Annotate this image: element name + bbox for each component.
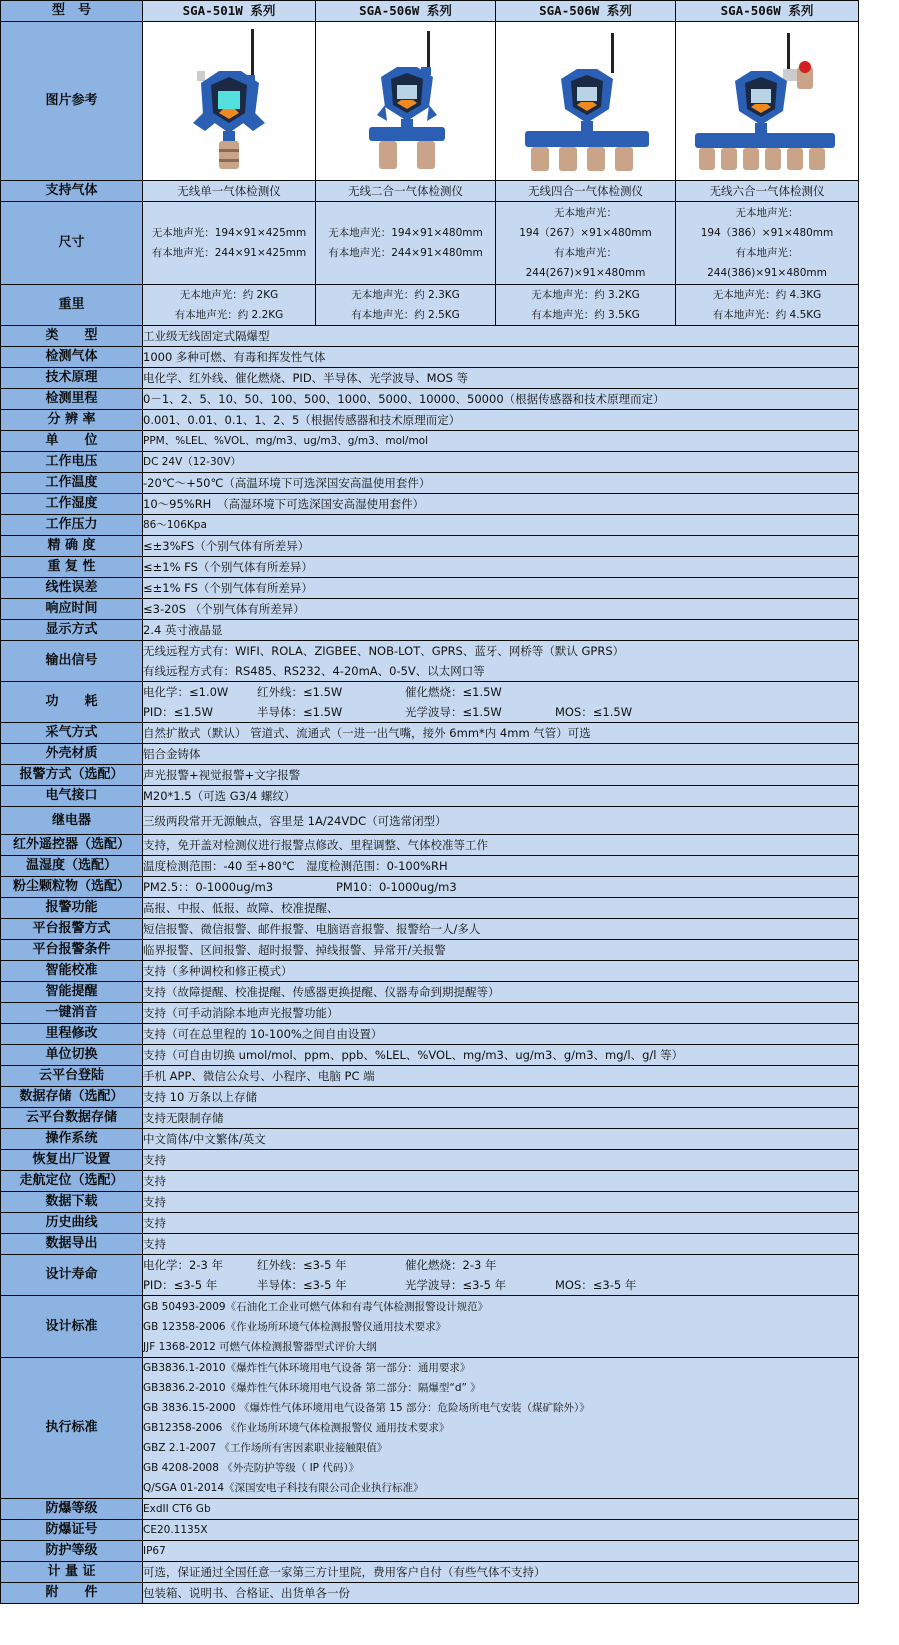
spec-value: 支持 (143, 1234, 859, 1255)
spec-value: ≤±1% FS（个别气体有所差异） (143, 557, 859, 578)
spec-value: 高报、中报、低报、故障、校准提醒、 (143, 898, 859, 919)
design-standard-value: GB 50493-2009《石油化工企业可燃气体和有毒气体检测报警设计规范》 G… (143, 1296, 859, 1358)
spec-row: 电气接口M20*1.5（可选 G3/4 螺纹） (1, 786, 859, 807)
spec-row: 检测里程0－1、2、5、10、50、100、500、1000、5000、1000… (1, 389, 859, 410)
dust-row: 粉尘颗粒物（选配） PM2.5：：0-1000ug/m3PM10：0-1000u… (1, 877, 859, 898)
spec-value: CE20.1135X (143, 1520, 859, 1541)
spec-row: 类 型工业级无线固定式隔爆型 (1, 326, 859, 347)
spec-label: 显示方式 (1, 620, 143, 641)
product-image-1 (143, 22, 316, 181)
model-2: SGA-506W 系列 (316, 1, 496, 22)
spec-label: 走航定位（选配） (1, 1171, 143, 1192)
spec-row: 数据下载支持 (1, 1192, 859, 1213)
spec-row: 外壳材质铝合金铸体 (1, 744, 859, 765)
size-value-2: 无本地声光：194×91×480mm 有本地声光：244×91×480mm (316, 202, 496, 285)
spec-value: 包装箱、说明书、合格证、出货单各一份 (143, 1583, 859, 1604)
spec-value: 支持 (143, 1150, 859, 1171)
spec-label: 外壳材质 (1, 744, 143, 765)
spec-value: ≤3-20S （个别气体有所差异） (143, 599, 859, 620)
spec-value: PPM、%LEL、%VOL、mg/m3、ug/m3、g/m3、mol/mol (143, 431, 859, 452)
weight-row: 重里 无本地声光：约 2KG 有本地声光：约 2.2KG 无本地声光：约 2.3… (1, 285, 859, 326)
spec-label: 操作系统 (1, 1129, 143, 1150)
spec-label: 数据导出 (1, 1234, 143, 1255)
spec-label: 检测里程 (1, 389, 143, 410)
spec-row: 重 复 性≤±1% FS（个别气体有所差异） (1, 557, 859, 578)
spec-label: 温湿度（选配） (1, 856, 143, 877)
spec-row: 红外遥控器（选配）支持，免开盖对检测仪进行报警点修改、里程调整、气体校准等工作 (1, 835, 859, 856)
spec-value: 支持 10 万条以上存储 (143, 1087, 859, 1108)
spec-value: 0－1、2、5、10、50、100、500、1000、5000、10000、50… (143, 389, 859, 410)
spec-value: DC 24V（12-30V） (143, 452, 859, 473)
spec-label: 类 型 (1, 326, 143, 347)
spec-row: 报警功能高报、中报、低报、故障、校准提醒、 (1, 898, 859, 919)
product-image-3 (496, 22, 676, 181)
lifetime-label: 设计寿命 (1, 1255, 143, 1296)
design-standard-label: 设计标准 (1, 1296, 143, 1358)
spec-value: 短信报警、微信报警、邮件报警、电脑语音报警、报警给一人/多人 (143, 919, 859, 940)
spec-label: 平台报警方式 (1, 919, 143, 940)
spec-row: 操作系统中文简体/中文繁体/英文 (1, 1129, 859, 1150)
dust-value: PM2.5：：0-1000ug/m3PM10：0-1000ug/m3 (143, 877, 859, 898)
gas-value-1: 无线单一气体检测仪 (143, 181, 316, 202)
spec-row: 检测气体1000 多种可燃、有毒和挥发性气体 (1, 347, 859, 368)
exec-standard-label: 执行标准 (1, 1358, 143, 1499)
spec-label: 智能提醒 (1, 982, 143, 1003)
gas-detector-4-sensor-icon (511, 23, 661, 173)
spec-value: 手机 APP、微信公众号、小程序、电脑 PC 端 (143, 1066, 859, 1087)
spec-value: 声光报警+视觉报警+文字报警 (143, 765, 859, 786)
spec-label: 数据下载 (1, 1192, 143, 1213)
spec-value: 支持 (143, 1192, 859, 1213)
header-row: 型 号 SGA-501W 系列 SGA-506W 系列 SGA-506W 系列 … (1, 1, 859, 22)
gas-value-2: 无线二合一气体检测仪 (316, 181, 496, 202)
spec-row: 工作压力86～106Kpa (1, 515, 859, 536)
size-value-4: 无本地声光： 194（386）×91×480mm 有本地声光： 244(386)… (676, 202, 859, 285)
spec-row: 数据导出支持 (1, 1234, 859, 1255)
weight-value-2: 无本地声光：约 2.3KG 有本地声光：约 2.5KG (316, 285, 496, 326)
spec-label: 里程修改 (1, 1024, 143, 1045)
gas-detector-single-icon (169, 23, 289, 173)
spec-label: 检测气体 (1, 347, 143, 368)
gas-detector-2-sensor-icon (341, 23, 471, 173)
spec-value: 支持 (143, 1171, 859, 1192)
spec-value: 温度检测范围：-40 至+80℃ 湿度检测范围：0-100%RH (143, 856, 859, 877)
spec-value: 86～106Kpa (143, 515, 859, 536)
spec-row: 工作湿度10～95%RH （高湿环境下可选深国安高湿使用套件） (1, 494, 859, 515)
gas-value-4: 无线六合一气体检测仪 (676, 181, 859, 202)
product-image-2 (316, 22, 496, 181)
output-signal-label: 输出信号 (1, 641, 143, 682)
spec-label: 历史曲线 (1, 1213, 143, 1234)
image-label: 图片参考 (1, 22, 143, 181)
spec-row: 线性误差≤±1% FS（个别气体有所差异） (1, 578, 859, 599)
exec-standard-row: 执行标准 GB3836.1-2010《爆炸性气体环境用电气设备 第一部分：通用要… (1, 1358, 859, 1499)
spec-value: 中文简体/中文繁体/英文 (143, 1129, 859, 1150)
size-row: 尺寸 无本地声光：194×91×425mm 有本地声光：244×91×425mm… (1, 202, 859, 285)
exec-standard-value: GB3836.1-2010《爆炸性气体环境用电气设备 第一部分：通用要求》 GB… (143, 1358, 859, 1499)
spec-row: 显示方式2.4 英寸液晶显 (1, 620, 859, 641)
spec-label: 精 确 度 (1, 536, 143, 557)
weight-label: 重里 (1, 285, 143, 326)
spec-row: 智能校准支持（多种调校和修正模式） (1, 961, 859, 982)
spec-label: 防爆证号 (1, 1520, 143, 1541)
spec-row: 防护等级IP67 (1, 1541, 859, 1562)
size-value-1: 无本地声光：194×91×425mm 有本地声光：244×91×425mm (143, 202, 316, 285)
spec-value: ≤±1% FS（个别气体有所差异） (143, 578, 859, 599)
spec-row: 云平台数据存储支持无限制存储 (1, 1108, 859, 1129)
spec-value: ≤±3%FS（个别气体有所差异） (143, 536, 859, 557)
spec-label: 分 辨 率 (1, 410, 143, 431)
spec-value: ExdII CT6 Gb (143, 1499, 859, 1520)
spec-value: 10～95%RH （高湿环境下可选深国安高湿使用套件） (143, 494, 859, 515)
output-signal-value: 无线远程方式有：WIFI、ROLA、ZIGBEE、NOB-LOT、GPRS、蓝牙… (143, 641, 859, 682)
spec-label: 一键消音 (1, 1003, 143, 1024)
spec-label: 云平台数据存储 (1, 1108, 143, 1129)
lifetime-row: 设计寿命 电化学：2-3 年红外线：≤3-5 年催化燃烧：2-3 年 PID：≤… (1, 1255, 859, 1296)
spec-label: 工作湿度 (1, 494, 143, 515)
spec-label: 数据存储（选配） (1, 1087, 143, 1108)
spec-row: 工作电压DC 24V（12-30V） (1, 452, 859, 473)
spec-row: 走航定位（选配）支持 (1, 1171, 859, 1192)
product-image-4 (676, 22, 859, 181)
spec-value: -20℃～+50℃（高温环境下可选深国安高温使用套件） (143, 473, 859, 494)
spec-row: 云平台登陆手机 APP、微信公众号、小程序、电脑 PC 端 (1, 1066, 859, 1087)
power-row: 功 耗 电化学：≤1.0W红外线：≤1.5W催化燃烧：≤1.5W PID：≤1.… (1, 682, 859, 723)
spec-row: 采气方式自然扩散式（默认） 管道式、流通式（一进一出气嘴，接外 6mm*内 4m… (1, 723, 859, 744)
spec-row: 分 辨 率0.001、0.01、0.1、1、2、5（根据传感器和技术原理而定） (1, 410, 859, 431)
spec-row: 精 确 度≤±3%FS（个别气体有所差异） (1, 536, 859, 557)
spec-row: 历史曲线支持 (1, 1213, 859, 1234)
size-value-3: 无本地声光： 194（267）×91×480mm 有本地声光： 244(267)… (496, 202, 676, 285)
model-4: SGA-506W 系列 (676, 1, 859, 22)
spec-label: 重 复 性 (1, 557, 143, 578)
spec-row: 数据存储（选配）支持 10 万条以上存储 (1, 1087, 859, 1108)
spec-label: 红外遥控器（选配） (1, 835, 143, 856)
dust-label: 粉尘颗粒物（选配） (1, 877, 143, 898)
model-1: SGA-501W 系列 (143, 1, 316, 22)
spec-label: 工作压力 (1, 515, 143, 536)
spec-table: 型 号 SGA-501W 系列 SGA-506W 系列 SGA-506W 系列 … (0, 0, 859, 1604)
spec-label: 计 量 证 (1, 1562, 143, 1583)
spec-row: 响应时间≤3-20S （个别气体有所差异） (1, 599, 859, 620)
weight-value-1: 无本地声光：约 2KG 有本地声光：约 2.2KG (143, 285, 316, 326)
image-row: 图片参考 (1, 22, 859, 181)
spec-value: 0.001、0.01、0.1、1、2、5（根据传感器和技术原理而定） (143, 410, 859, 431)
spec-value: 2.4 英寸液晶显 (143, 620, 859, 641)
spec-row: 平台报警方式短信报警、微信报警、邮件报警、电脑语音报警、报警给一人/多人 (1, 919, 859, 940)
spec-value: 1000 多种可燃、有毒和挥发性气体 (143, 347, 859, 368)
spec-value: 可选，保证通过全国任意一家第三方计里院，费用客户自付（有些气体不支持） (143, 1562, 859, 1583)
lifetime-value: 电化学：2-3 年红外线：≤3-5 年催化燃烧：2-3 年 PID：≤3-5 年… (143, 1255, 859, 1296)
spec-row: 恢复出厂设置支持 (1, 1150, 859, 1171)
spec-label: 报警功能 (1, 898, 143, 919)
spec-label: 防爆等级 (1, 1499, 143, 1520)
spec-row: 防爆证号CE20.1135X (1, 1520, 859, 1541)
spec-row: 智能提醒支持（故障提醒、校准提醒、传感器更换提醒、仪器寿命到期提醒等） (1, 982, 859, 1003)
spec-value: 支持（多种调校和修正模式） (143, 961, 859, 982)
spec-value: 支持无限制存储 (143, 1108, 859, 1129)
spec-value: 电化学、红外线、催化燃烧、PID、半导体、光学波导、MOS 等 (143, 368, 859, 389)
spec-row: 平台报警条件临界报警、区间报警、超时报警、掉线报警、异常开/关报警 (1, 940, 859, 961)
spec-value: 自然扩散式（默认） 管道式、流通式（一进一出气嘴，接外 6mm*内 4mm 气管… (143, 723, 859, 744)
spec-label: 采气方式 (1, 723, 143, 744)
spec-label: 工作温度 (1, 473, 143, 494)
spec-label: 云平台登陆 (1, 1066, 143, 1087)
weight-value-4: 无本地声光：约 4.3KG 有本地声光：约 4.5KG (676, 285, 859, 326)
gas-row: 支持气体 无线单一气体检测仪 无线二合一气体检测仪 无线四合一气体检测仪 无线六… (1, 181, 859, 202)
spec-label: 单位切换 (1, 1045, 143, 1066)
spec-value: IP67 (143, 1541, 859, 1562)
gas-value-3: 无线四合一气体检测仪 (496, 181, 676, 202)
spec-value: 支持（可手动消除本地声光报警功能） (143, 1003, 859, 1024)
spec-value: M20*1.5（可选 G3/4 螺纹） (143, 786, 859, 807)
power-label: 功 耗 (1, 682, 143, 723)
spec-row: 报警方式（选配）声光报警+视觉报警+文字报警 (1, 765, 859, 786)
spec-label: 技术原理 (1, 368, 143, 389)
gas-label: 支持气体 (1, 181, 143, 202)
spec-value: 工业级无线固定式隔爆型 (143, 326, 859, 347)
spec-row: 单 位PPM、%LEL、%VOL、mg/m3、ug/m3、g/m3、mol/mo… (1, 431, 859, 452)
spec-row: 里程修改支持（可在总里程的 10-100%之间自由设置） (1, 1024, 859, 1045)
size-label: 尺寸 (1, 202, 143, 285)
spec-row: 防爆等级ExdII CT6 Gb (1, 1499, 859, 1520)
spec-value: 支持，免开盖对检测仪进行报警点修改、里程调整、气体校准等工作 (143, 835, 859, 856)
spec-row: 温湿度（选配）温度检测范围：-40 至+80℃ 湿度检测范围：0-100%RH (1, 856, 859, 877)
spec-row: 一键消音支持（可手动消除本地声光报警功能） (1, 1003, 859, 1024)
spec-label: 附 件 (1, 1583, 143, 1604)
spec-label: 线性误差 (1, 578, 143, 599)
spec-label: 电气接口 (1, 786, 143, 807)
spec-value: 支持（故障提醒、校准提醒、传感器更换提醒、仪器寿命到期提醒等） (143, 982, 859, 1003)
model-3: SGA-506W 系列 (496, 1, 676, 22)
spec-label: 单 位 (1, 431, 143, 452)
relay-label: 继电器 (1, 807, 143, 835)
spec-value: 支持（可自由切换 umol/mol、ppm、ppb、%LEL、%VOL、mg/m… (143, 1045, 859, 1066)
spec-row: 附 件包装箱、说明书、合格证、出货单各一份 (1, 1583, 859, 1604)
relay-row: 继电器三级两段常开无源触点，容里是 1A/24VDC（可选常闭型） (1, 807, 859, 835)
spec-value: 铝合金铸体 (143, 744, 859, 765)
spec-value: 支持 (143, 1213, 859, 1234)
spec-row: 工作温度-20℃～+50℃（高温环境下可选深国安高温使用套件） (1, 473, 859, 494)
spec-label: 智能校准 (1, 961, 143, 982)
model-label: 型 号 (1, 1, 143, 22)
spec-value: 临界报警、区间报警、超时报警、掉线报警、异常开/关报警 (143, 940, 859, 961)
spec-label: 报警方式（选配） (1, 765, 143, 786)
spec-value: 支持（可在总里程的 10-100%之间自由设置） (143, 1024, 859, 1045)
relay-value: 三级两段常开无源触点，容里是 1A/24VDC（可选常闭型） (143, 807, 859, 835)
spec-label: 防护等级 (1, 1541, 143, 1562)
weight-value-3: 无本地声光：约 3.2KG 有本地声光：约 3.5KG (496, 285, 676, 326)
spec-label: 工作电压 (1, 452, 143, 473)
spec-row: 计 量 证可选，保证通过全国任意一家第三方计里院，费用客户自付（有些气体不支持） (1, 1562, 859, 1583)
output-signal-row: 输出信号 无线远程方式有：WIFI、ROLA、ZIGBEE、NOB-LOT、GP… (1, 641, 859, 682)
design-standard-row: 设计标准 GB 50493-2009《石油化工企业可燃气体和有毒气体检测报警设计… (1, 1296, 859, 1358)
spec-row: 单位切换支持（可自由切换 umol/mol、ppm、ppb、%LEL、%VOL、… (1, 1045, 859, 1066)
spec-label: 响应时间 (1, 599, 143, 620)
spec-label: 恢复出厂设置 (1, 1150, 143, 1171)
gas-detector-6-sensor-icon (687, 23, 847, 173)
spec-row: 技术原理电化学、红外线、催化燃烧、PID、半导体、光学波导、MOS 等 (1, 368, 859, 389)
power-value: 电化学：≤1.0W红外线：≤1.5W催化燃烧：≤1.5W PID：≤1.5W半导… (143, 682, 859, 723)
spec-label: 平台报警条件 (1, 940, 143, 961)
